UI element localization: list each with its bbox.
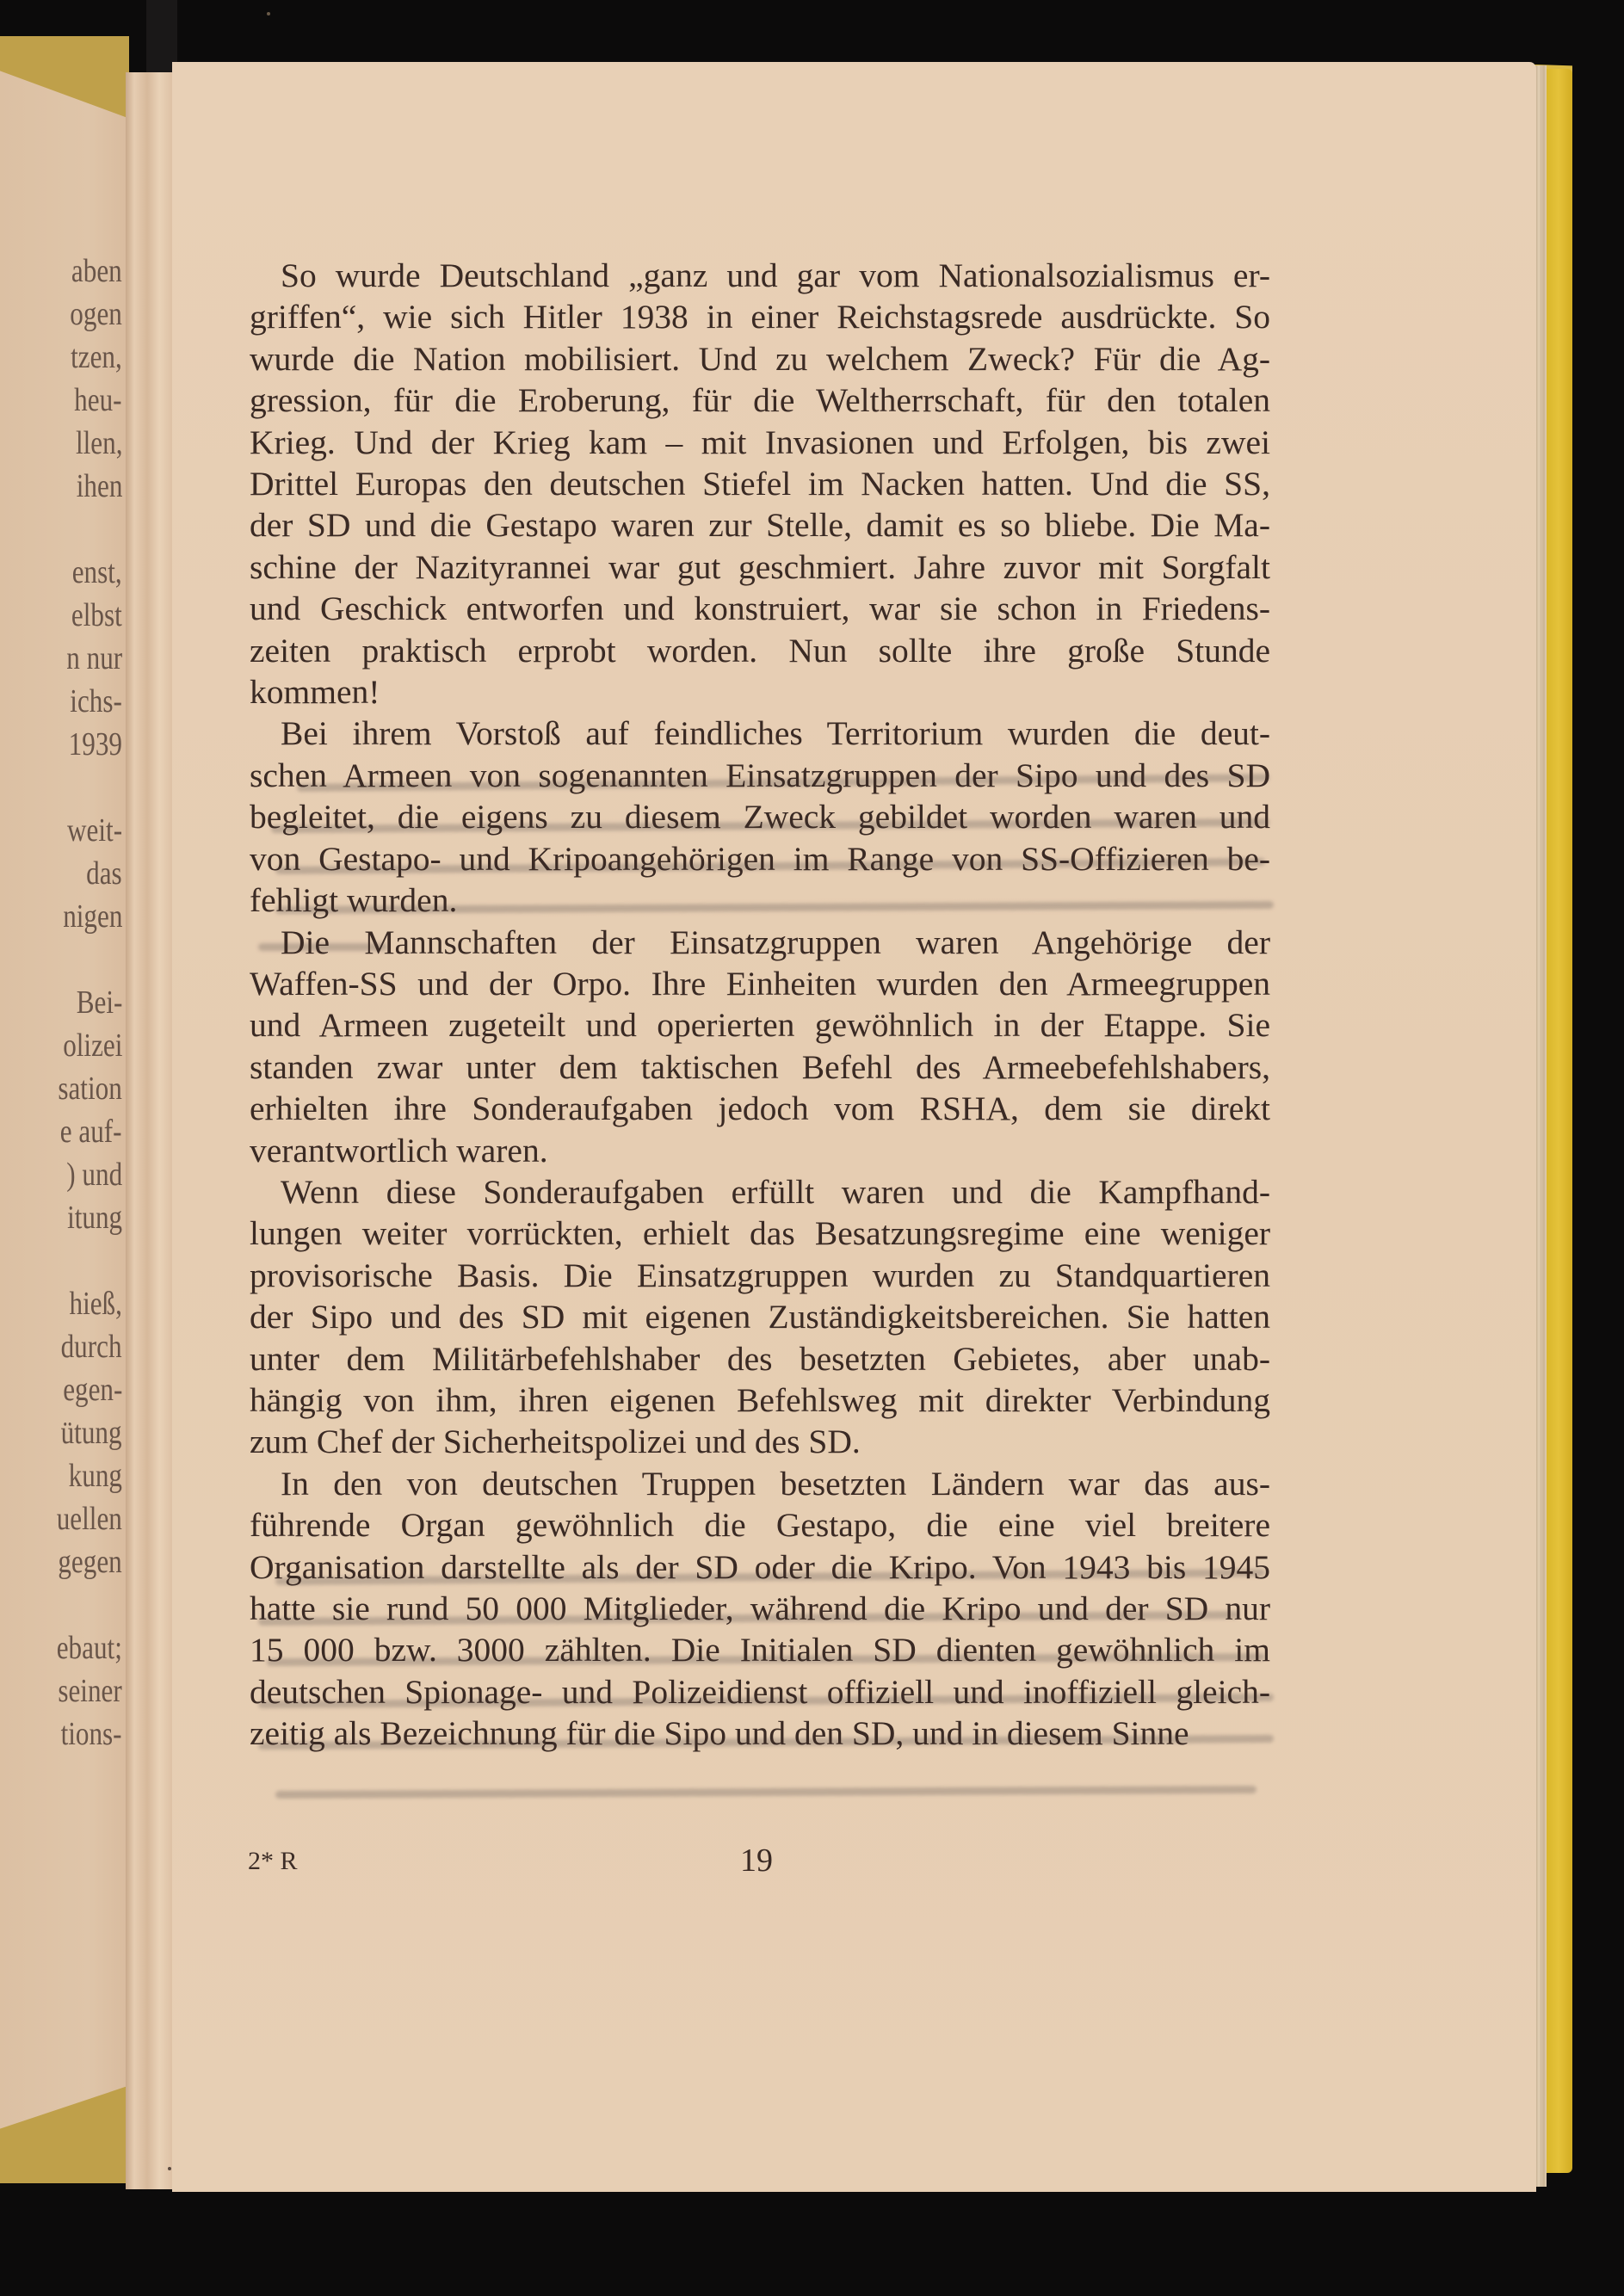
paragraph: In den von deutschen Truppen besetzten L… [250, 1463, 1270, 1755]
text-line: standen zwar unter dem taktischen Befehl… [250, 1046, 1270, 1088]
left-page-fragment: ebaut; [57, 1629, 122, 1667]
text-line: wurde die Nation mobilisiert. Und zu wel… [250, 338, 1270, 380]
paragraph: Wenn diese Sonderaufgaben erfüllt waren … [250, 1171, 1270, 1463]
text-line: zum Chef der Sicherheitspolizei und des … [250, 1421, 1270, 1462]
left-page-fragment: llen, [75, 424, 122, 462]
left-page-fragment: gegen [59, 1543, 122, 1581]
left-page-fragment: sation [59, 1070, 122, 1108]
paragraph: Die Mannschaften der Einsatzgruppen ware… [250, 922, 1270, 1171]
book-gutter [126, 72, 174, 2189]
text-line: unter dem Militärbefehlshaber des besetz… [250, 1338, 1270, 1379]
paragraph: Bei ihrem Vorstoß auf feindliches Territ… [250, 713, 1270, 921]
left-page-fragment: egen- [63, 1371, 122, 1409]
text-line: verantwortlich waren. [250, 1130, 1270, 1171]
text-line: 15 000 bzw. 3000 zählten. Die Initialen … [250, 1629, 1270, 1670]
text-line: zeiten praktisch erprobt worden. Nun sol… [250, 630, 1270, 671]
left-page-fragment: seiner [59, 1672, 122, 1710]
text-line: von Gestapo- und Kripoangehörigen im Ran… [250, 838, 1270, 880]
left-page-fragment: weit- [67, 812, 122, 849]
text-line: erhielten ihre Sonderaufgaben jedoch vom… [250, 1088, 1270, 1129]
body-text: So wurde Deutschland „ganz und gar vom N… [250, 255, 1270, 1755]
page-number: 19 [740, 1842, 773, 1879]
left-page-fragment: nigen [63, 898, 122, 935]
right-cover-edge [1545, 69, 1572, 2173]
left-page-fragment: 1939 [69, 725, 122, 763]
text-line: der Sipo und des SD mit eigenen Zuständi… [250, 1296, 1270, 1337]
text-line: Wenn diese Sonderaufgaben erfüllt waren … [250, 1171, 1270, 1213]
left-page-fragment: heu- [75, 381, 122, 419]
text-line: In den von deutschen Truppen besetzten L… [250, 1463, 1270, 1504]
text-line: fehligt wurden. [250, 880, 1270, 921]
left-page-fragment: e auf- [60, 1113, 122, 1151]
left-page-fragment: n nur [66, 639, 122, 677]
left-page-fragment: das [86, 855, 122, 892]
text-line: hatte sie rund 50 000 Mitglieder, währen… [250, 1588, 1270, 1629]
text-line: Bei ihrem Vorstoß auf feindliches Territ… [250, 713, 1270, 754]
text-line: führende Organ gewöhnlich die Gestapo, d… [250, 1504, 1270, 1546]
left-page-fragment: elbst [71, 596, 122, 634]
text-line: zeitig als Bezeichnung für die Sipo und … [250, 1713, 1270, 1754]
text-line: der SD und die Gestapo waren zur Stelle,… [250, 504, 1270, 546]
text-line: Drittel Europas den deutschen Stiefel im… [250, 463, 1270, 504]
text-line: Organisation darstellte als der SD oder … [250, 1546, 1270, 1588]
text-line: begleitet, die eigens zu diesem Zweck ge… [250, 796, 1270, 837]
book-photo: abenogentzen,heu-llen,ihenenst,elbstn nu… [0, 0, 1624, 2296]
text-line: lungen weiter vorrückten, erhielt das Be… [250, 1213, 1270, 1254]
left-page-fragment: enst, [72, 553, 122, 591]
text-line: Krieg. Und der Krieg kam – mit Invasione… [250, 422, 1270, 463]
text-line: und Geschick entworfen und konstruiert, … [250, 588, 1270, 629]
text-line: kommen! [250, 671, 1270, 713]
left-page: abenogentzen,heu-llen,ihenenst,elbstn nu… [0, 50, 126, 2150]
left-page-fragment: tzen, [71, 338, 122, 376]
text-line: Waffen-SS und der Orpo. Ihre Einheiten w… [250, 963, 1270, 1004]
left-page-fragment: ) und [66, 1156, 122, 1194]
paragraph: So wurde Deutschland „ganz und gar vom N… [250, 255, 1270, 713]
left-page-fragment: hieß, [70, 1285, 122, 1323]
text-line: schine der Nazityrannei war gut geschmie… [250, 546, 1270, 588]
text-line: provisorische Basis. Die Einsatzgruppen … [250, 1255, 1270, 1296]
left-page-fragment: tions- [61, 1715, 122, 1753]
text-line: griffen“, wie sich Hitler 1938 in einer … [250, 296, 1270, 337]
text-line: deutschen Spionage- und Polizeidienst of… [250, 1671, 1270, 1713]
left-page-fragment: olizei [63, 1027, 122, 1065]
left-page-fragment: itung [67, 1199, 122, 1237]
text-line: hängig von ihm, ihren eigenen Befehlsweg… [250, 1379, 1270, 1421]
left-page-fragment: ogen [70, 295, 122, 333]
paper-speck [267, 12, 270, 15]
signature-mark: 2* R [248, 1847, 298, 1876]
text-line: Die Mannschaften der Einsatzgruppen ware… [250, 922, 1270, 963]
left-page-fragment: aben [71, 252, 122, 290]
paper-speck [168, 2167, 171, 2170]
text-line: und Armeen zugeteilt und operierten gewö… [250, 1004, 1270, 1046]
text-line: schen Armeen von sogenannten Einsatzgrup… [250, 755, 1270, 796]
text-line: So wurde Deutschland „ganz und gar vom N… [250, 255, 1270, 296]
left-page-fragment: durch [61, 1328, 122, 1366]
left-page-fragment: ichs- [70, 682, 122, 720]
left-page-fragment: ihen [76, 467, 122, 505]
left-page-fragment: uellen [57, 1500, 122, 1538]
left-page-fragment: kung [69, 1457, 122, 1495]
text-line: gression, für die Eroberung, für die Wel… [250, 380, 1270, 421]
left-page-fragment: ütung [61, 1414, 122, 1452]
left-page-fragment: Bei- [76, 984, 122, 1021]
